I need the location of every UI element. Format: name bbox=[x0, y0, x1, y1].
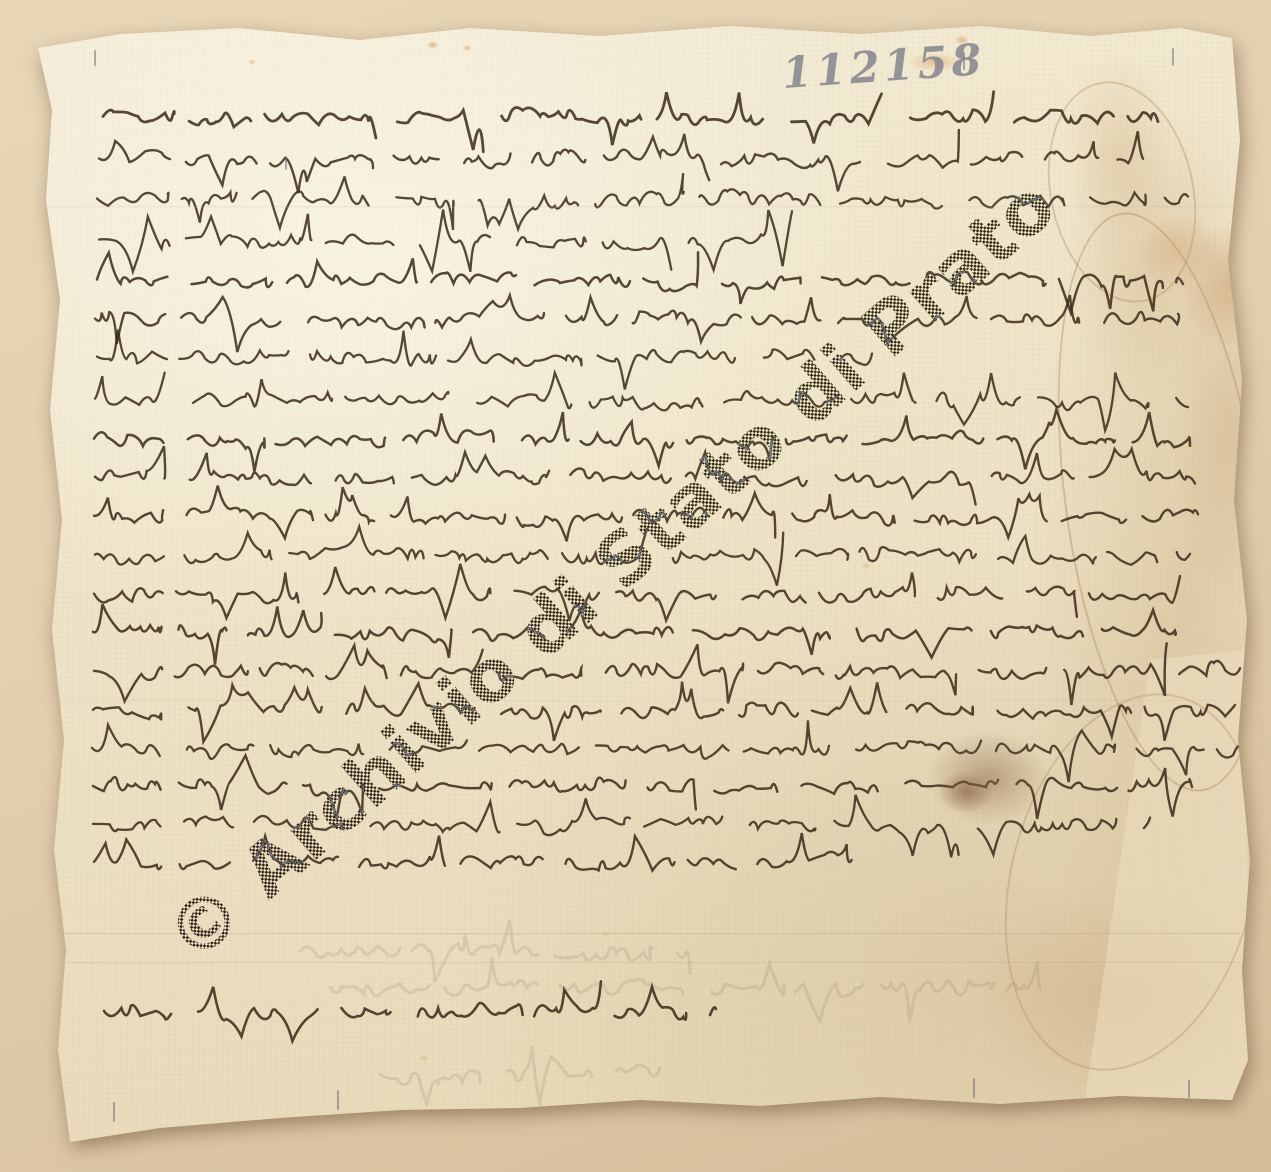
handwriting-line bbox=[93, 756, 1192, 819]
stain bbox=[1007, 20, 1017, 28]
handwriting-line bbox=[103, 92, 1158, 152]
show-through-line bbox=[380, 1046, 660, 1106]
handwriting-line bbox=[99, 210, 792, 272]
handwriting-line bbox=[94, 409, 1190, 471]
manuscript-paper: 112158 © Archivio di Stato di Prato bbox=[0, 0, 1271, 1172]
handwriting-line bbox=[92, 720, 1242, 782]
handwriting-line bbox=[95, 373, 1188, 431]
handwriting-line bbox=[97, 330, 872, 390]
scanned-letter-page: 112158 © Archivio di Stato di Prato bbox=[0, 0, 1271, 1172]
paper-shadow-wrap: 112158 © Archivio di Stato di Prato bbox=[0, 0, 1271, 1172]
handwriting-line bbox=[99, 130, 1143, 193]
handwriting-line bbox=[93, 682, 1235, 742]
handwriting-line bbox=[94, 643, 1240, 705]
handwriting-line bbox=[104, 981, 716, 1041]
